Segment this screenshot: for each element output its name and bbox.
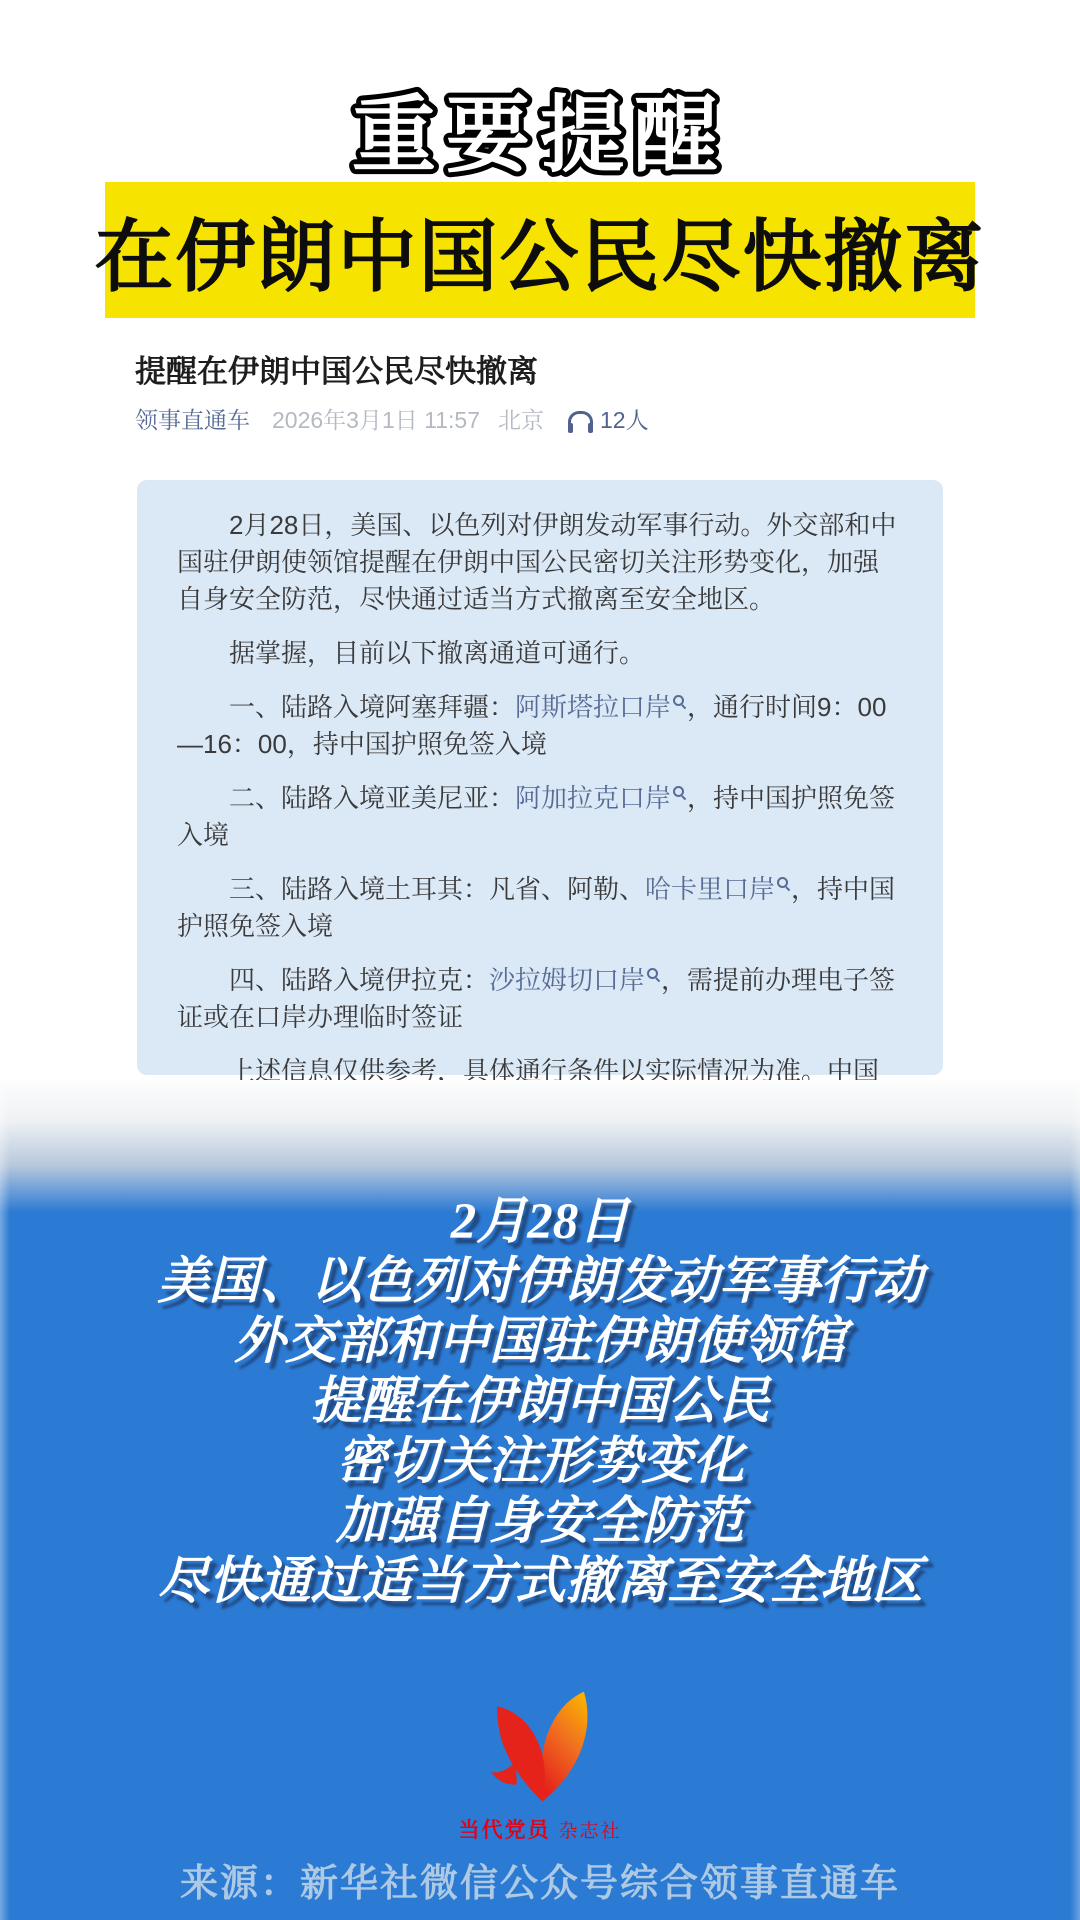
slogan-block: 2月28日美国、以色列对伊朗发动军事行动外交部和中国驻伊朗使领馆提醒在伊朗中国公…: [0, 1192, 1080, 1612]
main-title-text: 重要提醒: [352, 88, 728, 182]
article-source-link[interactable]: 领事直通车: [135, 402, 250, 435]
article-paragraph: 四、陆路入境伊拉克：沙拉姆切口岸，需提前办理电子签证或在口岸办理临时签证: [177, 962, 903, 1036]
paragraph-text: 2月28日，美国、以色列对伊朗发动军事行动。外交部和中国驻伊朗使领馆提醒在伊朗中…: [177, 510, 896, 614]
article-paragraph: 一、陆路入境阿塞拜疆：阿斯塔拉口岸，通行时间9：00—16：00，持中国护照免签…: [177, 689, 903, 763]
publisher-name: 当代党员: [458, 1819, 550, 1842]
search-sup-icon: [673, 786, 685, 798]
slogan-line: 2月28日: [0, 1192, 1080, 1252]
listener-count: 12人: [600, 402, 649, 435]
highlight-banner-text: 在伊朗中国公民尽快撤离: [95, 193, 986, 307]
paragraph-text: 四、陆路入境伊拉克：: [229, 965, 489, 995]
slogan-line: 提醒在伊朗中国公民: [0, 1372, 1080, 1432]
port-link[interactable]: 阿斯塔拉口岸: [515, 692, 671, 722]
headphones-icon: [568, 411, 593, 428]
search-sup-icon: [673, 695, 685, 707]
paragraph-text: 据掌握，目前以下撤离通道可通行。: [229, 638, 645, 668]
slogan-line: 外交部和中国驻伊朗使领馆: [0, 1312, 1080, 1372]
publisher-suffix: 杂志社: [558, 1821, 621, 1842]
source-attribution: 来源：新华社微信公众号综合领事直通车: [0, 1852, 1080, 1907]
paragraph-text: 二、陆路入境亚美尼亚：: [229, 783, 515, 813]
publisher-logo: [0, 1688, 1080, 1815]
port-link[interactable]: 阿加拉克口岸: [515, 783, 671, 813]
article-datetime: 2026年3月1日 11:57: [272, 402, 480, 435]
article-body: 2月28日，美国、以色列对伊朗发动军事行动。外交部和中国驻伊朗使领馆提醒在伊朗中…: [137, 480, 943, 1075]
main-title-outlined: 重要提醒: [0, 72, 1080, 182]
port-link[interactable]: 哈卡里口岸: [645, 874, 775, 904]
slogan-line: 密切关注形势变化: [0, 1432, 1080, 1492]
search-sup-icon: [777, 877, 789, 889]
port-link[interactable]: 沙拉姆切口岸: [489, 965, 645, 995]
slogan-line: 尽快通过适当方式撤离至安全地区: [0, 1552, 1080, 1612]
poster-page: 重要提醒 在伊朗中国公民尽快撤离 提醒在伊朗中国公民尽快撤离 领事直通车 202…: [0, 0, 1080, 1920]
paragraph-text: 三、陆路入境土耳其：凡省、阿勒、: [229, 874, 645, 904]
article-paragraph: 二、陆路入境亚美尼亚：阿加拉克口岸，持中国护照免签入境: [177, 780, 903, 854]
highlight-banner: 在伊朗中国公民尽快撤离: [105, 182, 975, 318]
magazine-v-swoosh-logo: [474, 1688, 606, 1810]
slogan-line: 美国、以色列对伊朗发动军事行动: [0, 1252, 1080, 1312]
article-headline: 提醒在伊朗中国公民尽快撤离: [135, 346, 955, 391]
article-meta-row: 领事直通车 2026年3月1日 11:57 北京 12人: [135, 402, 975, 434]
search-sup-icon: [647, 968, 659, 980]
article-location: 北京: [498, 402, 544, 435]
slogan-line: 加强自身安全防范: [0, 1492, 1080, 1552]
publisher-name-line: 当代党员杂志社: [0, 1814, 1080, 1844]
article-paragraph: 2月28日，美国、以色列对伊朗发动军事行动。外交部和中国驻伊朗使领馆提醒在伊朗中…: [177, 507, 903, 618]
article-paragraph: 三、陆路入境土耳其：凡省、阿勒、哈卡里口岸，持中国护照免签入境: [177, 871, 903, 945]
article-paragraph: 据掌握，目前以下撤离通道可通行。: [177, 635, 903, 672]
paragraph-text: 一、陆路入境阿塞拜疆：: [229, 692, 515, 722]
